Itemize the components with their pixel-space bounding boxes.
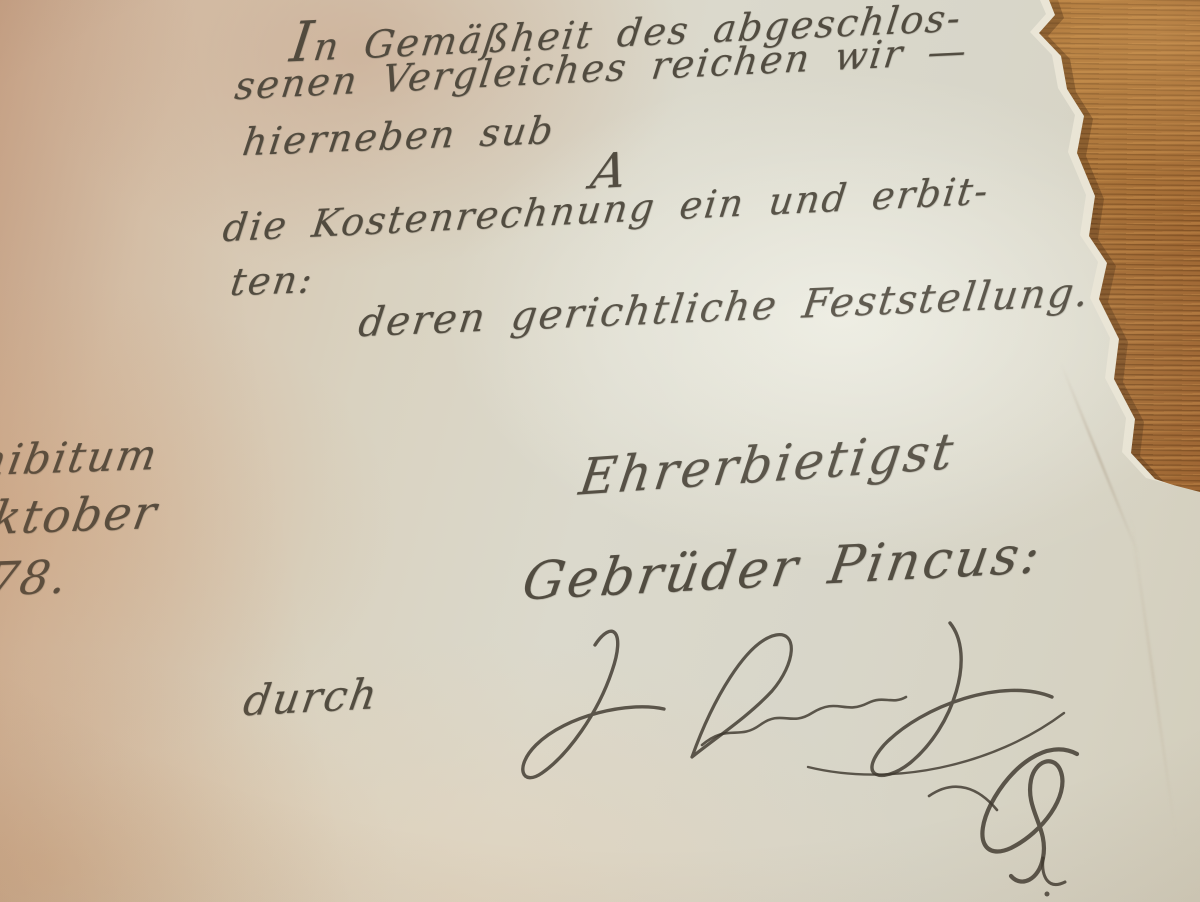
- closing-valediction: Ehrerbietigst: [576, 422, 960, 507]
- ink-dot: [1045, 892, 1050, 897]
- margin-note-line-3: 78.: [0, 549, 73, 606]
- signature-prefix-word: durch: [240, 669, 382, 726]
- signature-paraph-flourish: [925, 730, 1160, 902]
- document-page: In Gemäßheit des abgeschlos- senen Vergl…: [0, 0, 1200, 902]
- closing-signed-name: Gebrüder Pincus:: [518, 525, 1046, 613]
- handwriting-body-line-3: hierneben sub: [240, 108, 558, 164]
- margin-note-line-2: Oktober: [0, 485, 162, 547]
- handwriting-body-line-6: deren gerichtliche Feststellung.: [356, 269, 1093, 346]
- photo-of-handwritten-letter: In Gemäßheit des abgeschlos- senen Vergl…: [0, 0, 1200, 902]
- margin-note-line-1: hibitum: [0, 430, 162, 486]
- handwriting-body-line-5: ten:: [228, 257, 317, 304]
